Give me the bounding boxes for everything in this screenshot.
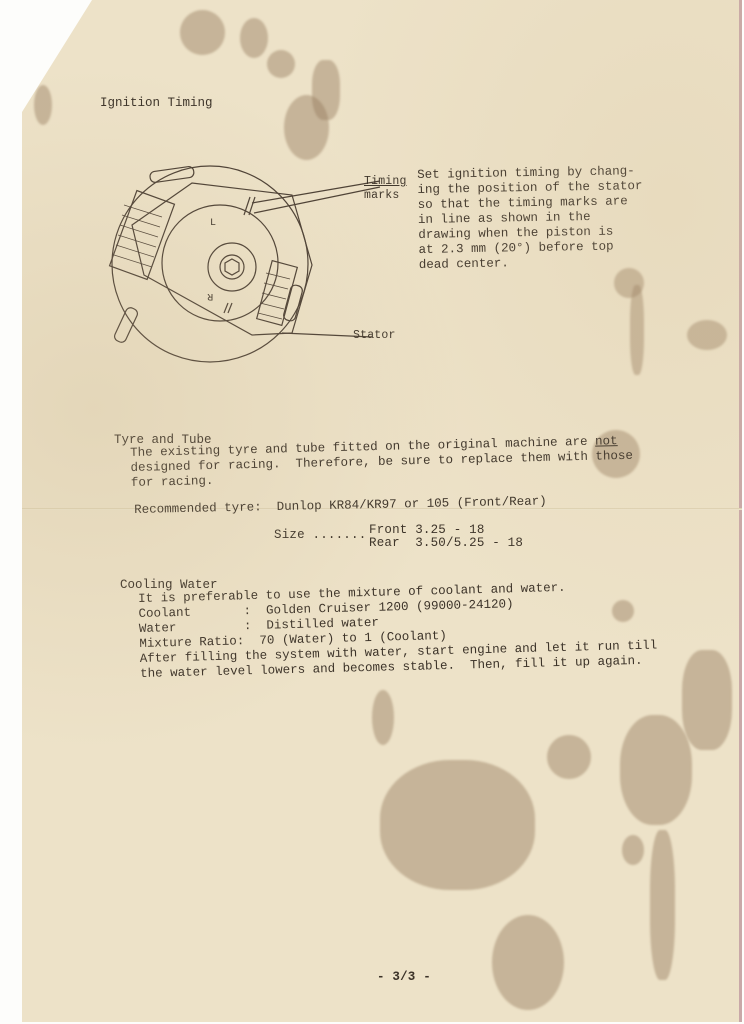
stain — [630, 285, 644, 375]
label-timing-marks-2: marks — [364, 189, 400, 202]
stain — [312, 60, 340, 120]
size-rear: Rear 3.50/5.25 - 18 — [369, 536, 523, 550]
cooling-water-body: It is preferable to use the mixture of c… — [138, 578, 658, 682]
stain — [492, 915, 564, 1010]
recommended-tyre: Recommended tyre: Dunlop KR84/KR97 or 10… — [134, 494, 547, 518]
label-timing-marks-1: Timing — [364, 175, 407, 188]
label-mark-r: R — [207, 290, 213, 301]
label-stator: Stator — [353, 329, 396, 342]
stain — [687, 320, 727, 350]
stain — [380, 760, 535, 890]
page-edge — [739, 0, 742, 1022]
page-number: - 3/3 - — [377, 970, 431, 984]
stain — [650, 830, 675, 980]
stain — [240, 18, 268, 58]
document-page: Ignition Timing — [22, 0, 742, 1022]
emphasis-not: not — [595, 434, 618, 449]
stain — [180, 10, 225, 55]
size-front: Front 3.25 - 18 — [369, 523, 485, 537]
label-mark-l: L — [210, 218, 216, 229]
stain — [267, 50, 295, 78]
ignition-timing-description: Set ignition timing by chang- ing the po… — [417, 164, 644, 273]
description-line: dead center. — [419, 254, 644, 273]
recommended-tyre-label: Recommended tyre: — [134, 500, 262, 517]
recommended-tyre-value: Dunlop KR84/KR97 or 105 (Front/Rear) — [277, 494, 547, 514]
stain — [547, 735, 591, 779]
stain — [372, 690, 394, 745]
stain — [620, 715, 692, 825]
stain — [34, 85, 52, 125]
size-label: Size ....... — [274, 528, 366, 542]
stain — [622, 835, 644, 865]
heading-ignition-timing: Ignition Timing — [100, 96, 213, 110]
stain — [682, 650, 732, 750]
